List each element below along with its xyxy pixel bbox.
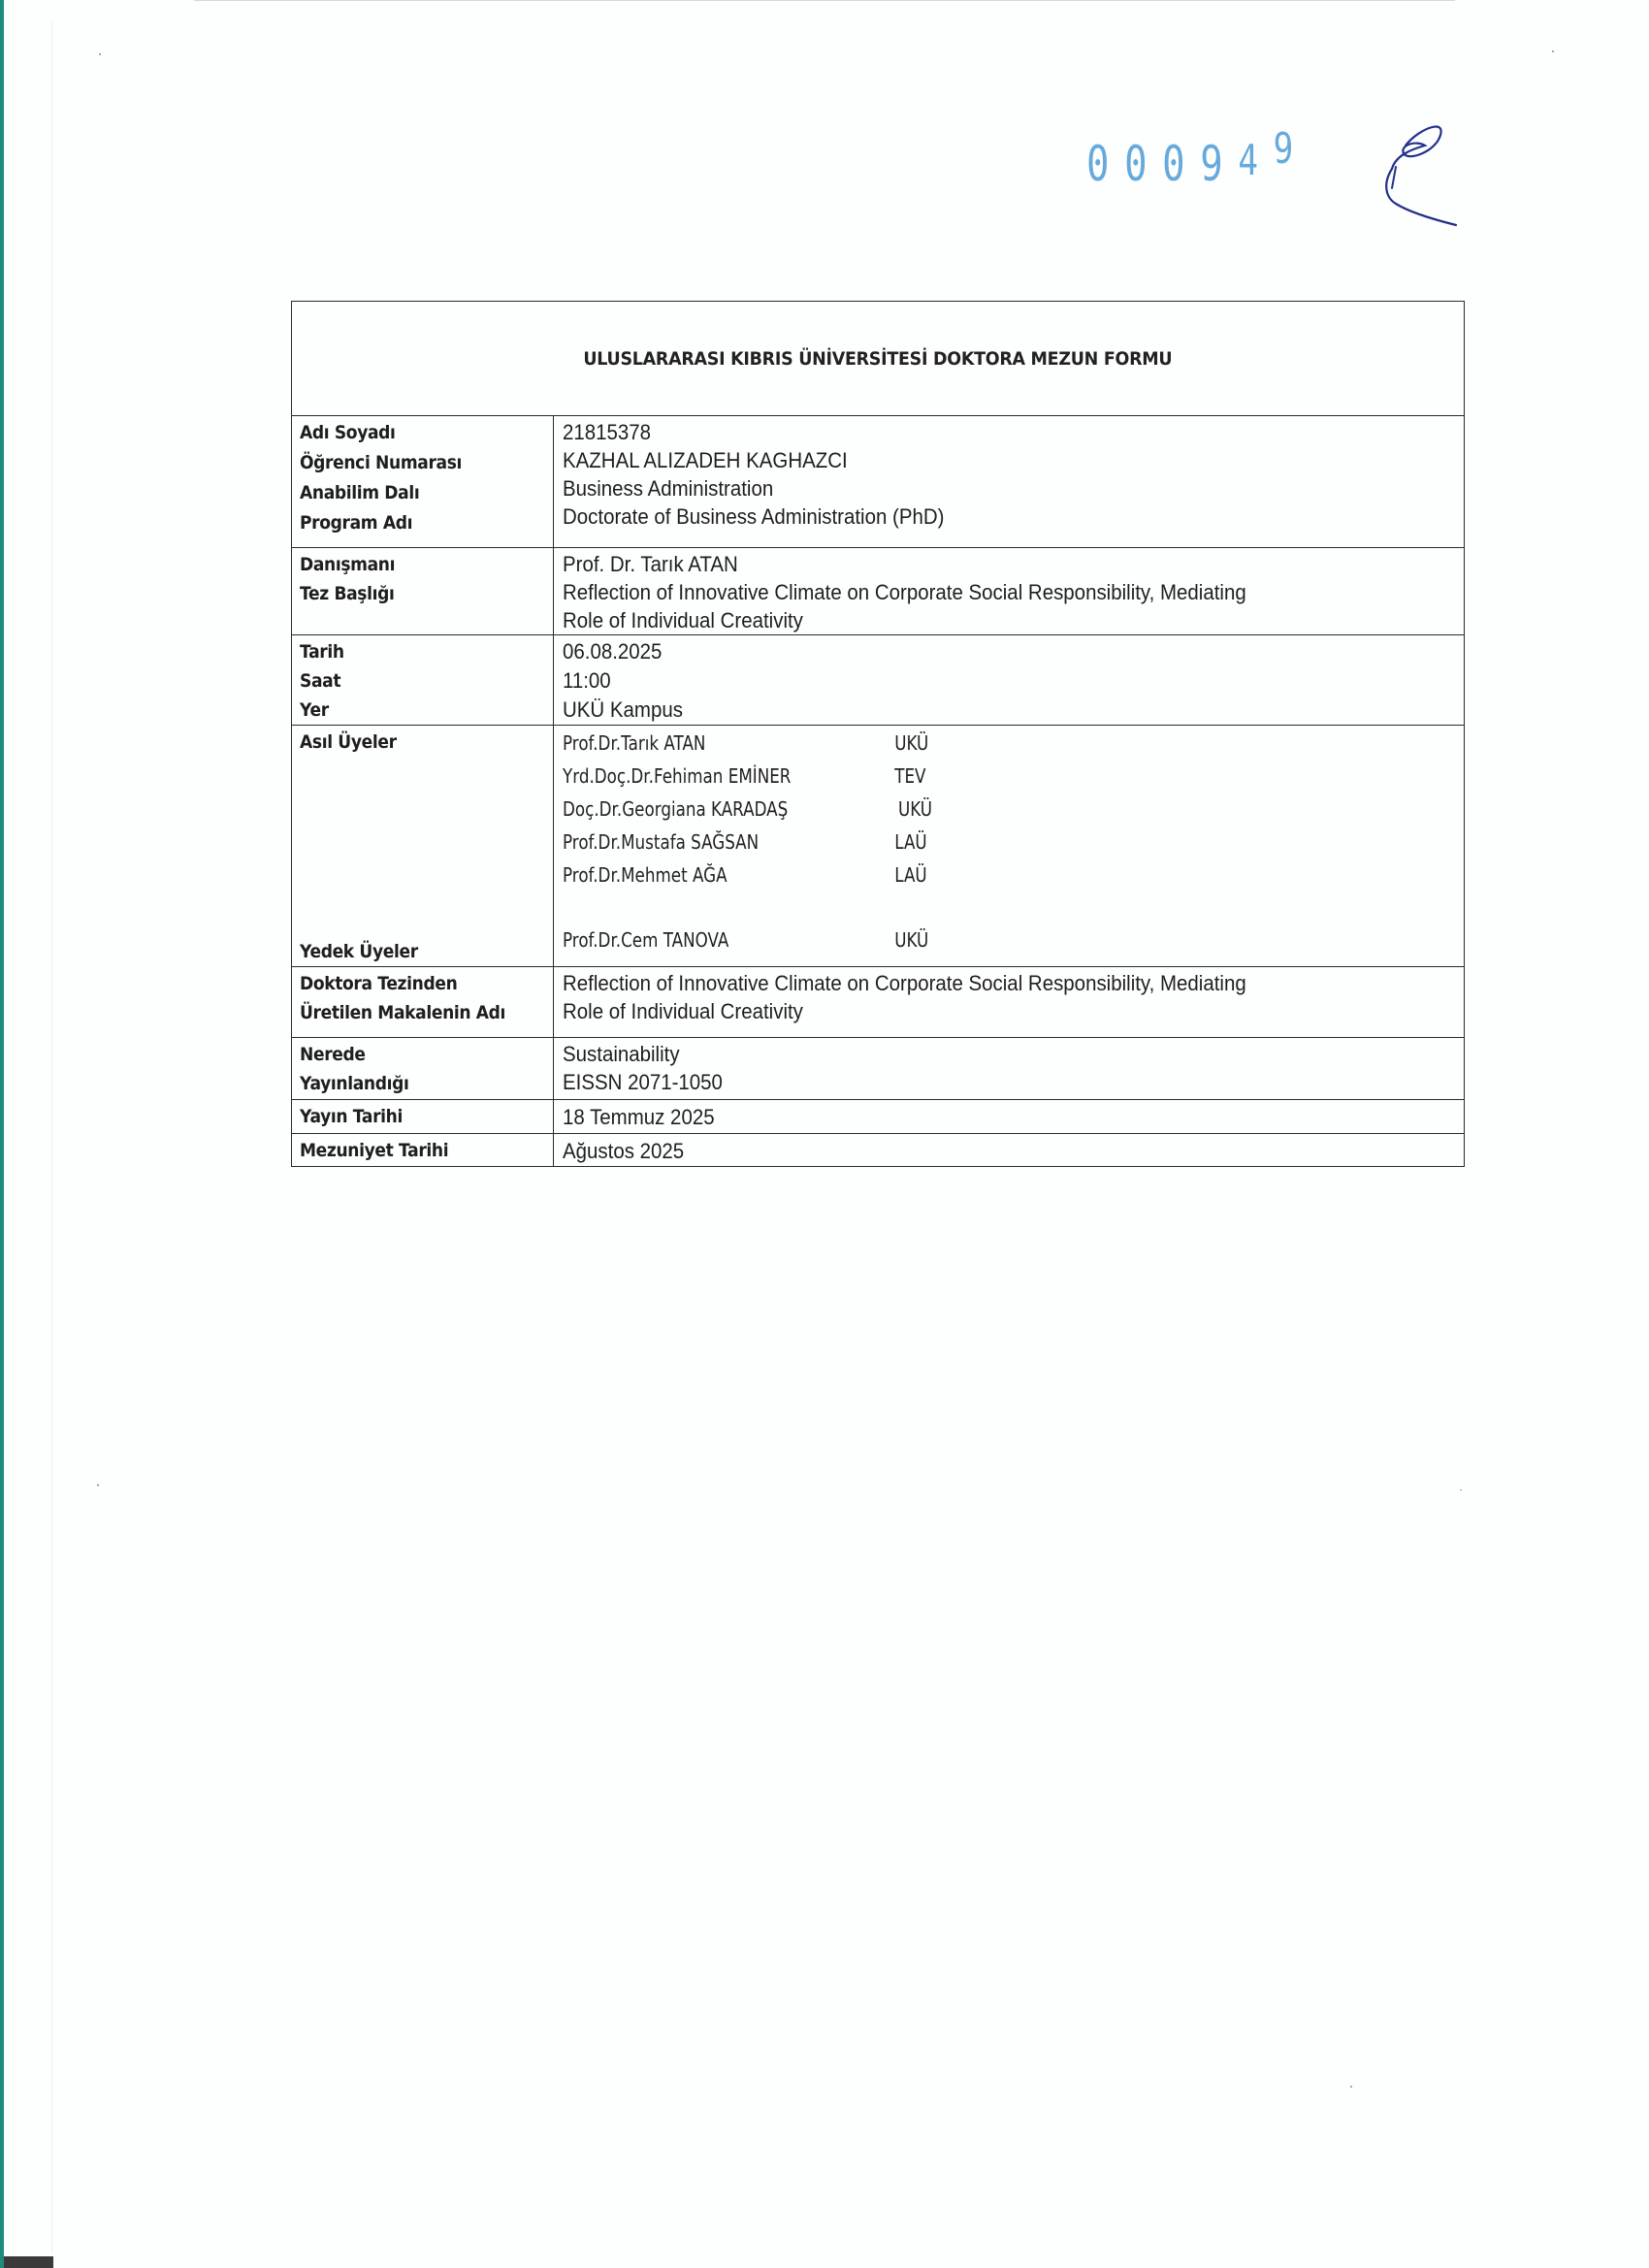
- member-affiliation: TEV: [894, 762, 925, 795]
- stamp-digit: 9: [1200, 136, 1238, 192]
- article-title-line2: Role of Individual Creativity: [563, 997, 1394, 1025]
- defense-values: 06.08.2025 11:00 UKÜ Kampus: [554, 635, 1464, 725]
- label-name: Adı Soyadı: [300, 418, 521, 448]
- thesis-row: Danışmanı Tez Başlığı Prof. Dr. Tarık AT…: [292, 548, 1464, 635]
- defense-labels: Tarih Saat Yer: [292, 635, 554, 725]
- scan-margin-shadow: [51, 21, 52, 2252]
- label-program: Program Adı: [300, 508, 521, 538]
- scan-corner-mark: [4, 2256, 53, 2268]
- spacer: [563, 894, 1394, 926]
- graduation-date-value-cell: Ağustos 2025: [554, 1134, 1464, 1166]
- thesis-title-line1: Reflection of Innovative Climate on Corp…: [563, 578, 1394, 606]
- thesis-labels: Danışmanı Tez Başlığı: [292, 548, 554, 634]
- publication-date-row: Yayın Tarihi 18 Temmuz 2025: [292, 1100, 1464, 1134]
- defense-place-value: UKÜ Kampus: [563, 696, 1394, 725]
- committee-labels: Asıl Üyeler Yedek Üyeler: [292, 726, 554, 966]
- committee-member: Doç.Dr.Georgiana KARADAŞ UKÜ: [563, 795, 1394, 828]
- scan-speck: [99, 53, 101, 55]
- committee-values: Prof.Dr.Tarık ATAN UKÜ Yrd.Doç.Dr.Fehima…: [554, 726, 1464, 966]
- stamp-digit: 0: [1162, 136, 1200, 192]
- member-name: Prof.Dr.Mehmet AĞA: [563, 861, 861, 894]
- label-alternate-members: Yedek Üyeler: [300, 937, 418, 966]
- scan-speck: [1552, 50, 1554, 52]
- label-publication-date: Yayın Tarihi: [300, 1102, 521, 1132]
- article-row: Doktora Tezinden Üretilen Makalenin Adı …: [292, 967, 1464, 1038]
- committee-member: Prof.Dr.Mustafa SAĞSAN LAÜ: [563, 828, 1394, 861]
- department-value: Business Administration: [563, 474, 1394, 502]
- stamp-digit: 4: [1238, 136, 1273, 185]
- member-affiliation: LAÜ: [894, 828, 926, 861]
- graduation-form-table: ULUSLARARASI KIBRIS ÜNİVERSİTESİ DOKTORA…: [291, 301, 1465, 1167]
- label-thesis-title: Tez Başlığı: [300, 579, 521, 608]
- scan-speck: [97, 1484, 99, 1486]
- label-main-members: Asıl Üyeler: [300, 728, 397, 757]
- scan-top-edge: [194, 0, 1455, 1]
- member-affiliation: UKÜ: [894, 729, 928, 762]
- defense-time-value: 11:00: [563, 666, 1394, 696]
- thesis-values: Prof. Dr. Tarık ATAN Reflection of Innov…: [554, 548, 1464, 634]
- committee-member: Yrd.Doç.Dr.Fehiman EMİNER TEV: [563, 762, 1394, 795]
- student-info-values: 21815378 KAZHAL ALIZADEH KAGHAZCI Busine…: [554, 416, 1464, 547]
- member-name: Prof.Dr.Cem TANOVA: [563, 926, 861, 959]
- stamp-digit: 9: [1274, 124, 1309, 174]
- label-time: Saat: [300, 666, 521, 696]
- stamp-digit: 0: [1124, 136, 1162, 192]
- member-name: Doç.Dr.Georgiana KARADAŞ: [563, 795, 861, 828]
- defense-date-value: 06.08.2025: [563, 637, 1394, 666]
- label-published-where-2: Yayınlandığı: [300, 1069, 521, 1098]
- journal-value: Sustainability: [563, 1040, 1394, 1068]
- alternate-member: Prof.Dr.Cem TANOVA UKÜ: [563, 926, 1394, 959]
- scan-speck: [1460, 1489, 1462, 1491]
- form-title-row: ULUSLARARASI KIBRIS ÜNİVERSİTESİ DOKTORA…: [292, 302, 1464, 416]
- eissn-value: EISSN 2071-1050: [563, 1068, 1394, 1096]
- committee-member: Prof.Dr.Tarık ATAN UKÜ: [563, 729, 1394, 762]
- graduation-date-label-cell: Mezuniyet Tarihi: [292, 1134, 554, 1166]
- advisor-value: Prof. Dr. Tarık ATAN: [563, 550, 1394, 578]
- label-article-2: Üretilen Makalenin Adı: [300, 998, 521, 1027]
- member-affiliation: UKÜ: [894, 926, 928, 959]
- graduation-date-value: Ağustos 2025: [563, 1136, 1394, 1166]
- stamp-number: 000949: [1086, 136, 1309, 192]
- registration-stamp: 000949: [1086, 136, 1309, 192]
- label-department: Anabilim Dalı: [300, 478, 521, 508]
- student-info-labels: Adı Soyadı Öğrenci Numarası Anabilim Dal…: [292, 416, 554, 547]
- label-published-where-1: Nerede: [300, 1040, 521, 1069]
- publication-date-value-cell: 18 Temmuz 2025: [554, 1100, 1464, 1133]
- publication-row: Nerede Yayınlandığı Sustainability EISSN…: [292, 1038, 1464, 1100]
- article-values: Reflection of Innovative Climate on Corp…: [554, 967, 1464, 1037]
- publication-labels: Nerede Yayınlandığı: [292, 1038, 554, 1099]
- committee-row: Asıl Üyeler Yedek Üyeler Prof.Dr.Tarık A…: [292, 726, 1464, 967]
- member-affiliation: UKÜ: [898, 795, 932, 828]
- program-value: Doctorate of Business Administration (Ph…: [563, 502, 1394, 531]
- member-name: Prof.Dr.Mustafa SAĞSAN: [563, 828, 861, 861]
- article-labels: Doktora Tezinden Üretilen Makalenin Adı: [292, 967, 554, 1037]
- label-student-number: Öğrenci Numarası: [300, 448, 521, 478]
- publication-values: Sustainability EISSN 2071-1050: [554, 1038, 1464, 1099]
- scan-edge: [0, 0, 4, 2268]
- defense-row: Tarih Saat Yer 06.08.2025 11:00 UKÜ Kamp…: [292, 635, 1464, 726]
- thesis-title-line2: Role of Individual Creativity: [563, 606, 1394, 634]
- student-name-value: KAZHAL ALIZADEH KAGHAZCI: [563, 446, 1394, 474]
- stamp-digit: 0: [1086, 136, 1124, 192]
- form-title: ULUSLARARASI KIBRIS ÜNİVERSİTESİ DOKTORA…: [584, 348, 1173, 370]
- article-title-line1: Reflection of Innovative Climate on Corp…: [563, 969, 1394, 997]
- label-advisor: Danışmanı: [300, 550, 521, 579]
- label-article-1: Doktora Tezinden: [300, 969, 521, 998]
- publication-date-label-cell: Yayın Tarihi: [292, 1100, 554, 1133]
- committee-member: Prof.Dr.Mehmet AĞA LAÜ: [563, 861, 1394, 894]
- member-name: Prof.Dr.Tarık ATAN: [563, 729, 861, 762]
- publication-date-value: 18 Temmuz 2025: [563, 1102, 1394, 1132]
- label-date: Tarih: [300, 637, 521, 666]
- label-graduation-date: Mezuniyet Tarihi: [300, 1136, 521, 1166]
- member-affiliation: LAÜ: [894, 861, 926, 894]
- student-info-row: Adı Soyadı Öğrenci Numarası Anabilim Dal…: [292, 416, 1464, 548]
- member-name: Yrd.Doç.Dr.Fehiman EMİNER: [563, 762, 861, 795]
- signature-icon: [1353, 107, 1460, 243]
- graduation-date-row: Mezuniyet Tarihi Ağustos 2025: [292, 1134, 1464, 1166]
- student-number-value: 21815378: [563, 418, 1394, 446]
- label-place: Yer: [300, 696, 521, 725]
- scan-speck: [1350, 2086, 1352, 2088]
